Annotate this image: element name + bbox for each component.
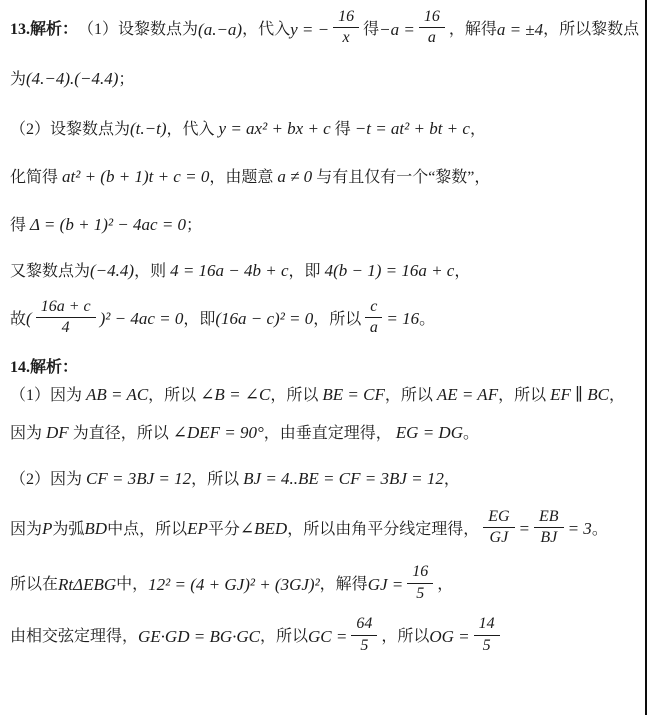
cjk-text: 所以在 [10,576,58,594]
math-expr: = 16 [386,310,419,329]
cjk-text: ，由垂直定理得， [264,425,396,442]
numerator: 14 [474,615,500,635]
math-expr: = [519,520,530,539]
denominator: 5 [416,584,424,603]
denominator: BJ [540,528,557,547]
math-expr: DF [46,423,69,442]
numerator: EG [483,508,514,528]
cjk-text: ，所以 [270,387,322,404]
math-expr: ∠B = ∠C [200,385,270,404]
math-expr: GC = [308,628,347,647]
cjk-text: 为 [10,71,26,88]
denominator: 5 [483,636,491,655]
cjk-text: （1）设黎数点为 [78,21,198,39]
math-expr: a = ±4 [497,21,543,40]
cjk-text: ，代入 [167,121,219,138]
math-expr: AE = AF [437,385,498,404]
math-expr: GJ = [368,576,404,595]
cjk-text: 得 [10,217,30,234]
math-expr: (a.−a) [198,21,242,40]
cjk-text: ，所以由角平分线定理得， [287,521,479,539]
math-expr: OG = [429,628,469,647]
math-expr: (4.−4).(−4.4) [26,69,118,88]
scan-artifact-vertical-line [645,0,647,715]
math-expr: BD [84,520,107,539]
numerator: 64 [351,615,377,635]
cjk-text: ，所以 [498,387,550,404]
solution-line-13-2: 为(4.−4).(−4.4)； [10,66,648,92]
math-expr: (−4.4) [90,261,134,280]
problem-14-label: 14.解析： [10,359,78,376]
cjk-text: 故 [10,311,26,329]
math-expr: EF ∥ BC [550,385,609,404]
fraction: 165 [407,563,433,603]
numerator: 16 [333,8,359,28]
cjk-text: ，所以 [260,628,308,646]
math-expr: −t = at² + bt + c [355,119,470,138]
math-expr: = 3 [568,520,592,539]
fraction: ca [365,298,382,338]
math-expr: a ≠ 0 [277,167,312,186]
fraction: 645 [351,615,377,655]
cjk-text: ，所以 [381,628,429,646]
math-expr: EG = DG [396,423,463,442]
cjk-text: 平分 [208,521,240,539]
math-expr: CF = 3BJ = 12 [86,469,191,488]
cjk-text: ，代入 [242,21,290,39]
math-expr: RtΔEBG [58,576,116,595]
cjk-text: 。 [592,521,608,539]
math-expr: y = ax² + bx + c [219,119,331,138]
numerator: 16a + c [36,298,96,318]
cjk-text: ，所以 [313,311,361,329]
math-expr: Δ = (b + 1)² − 4ac = 0 [30,215,186,234]
solution-line-13-6: 又黎数点为(−4.4)，则 4 = 16a − 4b + c，即 4(b − 1… [10,258,648,284]
math-expr: (16a − c)² = 0 [215,310,313,329]
fraction: EGGJ [483,508,514,548]
cjk-text: 由相交弦定理得， [10,628,138,646]
solution-line-14-4: 因为 P 为弧 BD 中点，所以 EP 平分 ∠BED，所以由角平分线定理得， … [10,510,648,550]
math-expr: y = − [290,21,329,40]
cjk-text: ，则 [134,263,170,280]
solution-line-14-6: 由相交弦定理得， GE·GD = BG·GC，所以 GC =645，所以 OG … [10,617,648,657]
cjk-text: （2）因为 [10,471,86,488]
cjk-text: ，所以 [191,471,243,488]
cjk-text: 得 [331,121,355,138]
numerator: 16 [419,8,445,28]
cjk-text: 因为 [10,425,46,442]
math-expr: BJ = 4..BE = CF = 3BJ = 12 [243,469,444,488]
numerator: EB [534,508,564,528]
cjk-text: 得 [363,21,379,39]
cjk-text: ； [118,71,134,88]
problem-13-label: 13.解析： [10,21,78,39]
cjk-text: ， [444,471,460,488]
solution-line-13-7: 故 (16a + c4)² − 4ac = 0，即 (16a − c)² = 0… [10,300,648,340]
solution-line-14-2: 因为 DF 为直径，所以 ∠DEF = 90°，由垂直定理得， EG = DG。 [10,420,648,446]
denominator: a [428,28,436,47]
cjk-text: 。 [419,311,435,329]
math-expr: )² − 4ac = 0 [100,310,184,329]
cjk-text: 又黎数点为 [10,263,90,280]
cjk-text: 中， [116,576,148,594]
denominator: GJ [490,528,509,547]
solution-document: 13.解析：（1）设黎数点为(a.−a)，代入 y = −16x 得 −a =1… [0,0,652,657]
numerator: c [365,298,382,318]
fraction: 16a [419,8,445,48]
solution-line-13-1: 13.解析：（1）设黎数点为(a.−a)，代入 y = −16x 得 −a =1… [10,10,648,50]
math-expr: 4(b − 1) = 16a + c [325,261,455,280]
math-expr: EP [187,520,208,539]
denominator: x [343,28,350,47]
cjk-text: ， [454,263,470,280]
cjk-text: （2）设黎数点为 [10,121,130,138]
cjk-text: ，即 [289,263,325,280]
fraction: 145 [474,615,500,655]
denominator: a [370,318,378,337]
cjk-text: 中点，所以 [107,521,187,539]
math-expr: 4 = 16a − 4b + c [170,261,288,280]
solution-line-14-3: （2）因为 CF = 3BJ = 12，所以 BJ = 4..BE = CF =… [10,466,648,492]
cjk-text: ，解得 [449,21,497,39]
solution-line-14-5: 所以在 RtΔEBG 中， 12² = (4 + GJ)² + (3GJ)²，解… [10,565,648,605]
math-expr: ∠DEF = 90° [173,423,264,442]
math-expr: AB = AC [86,385,148,404]
math-expr: ∠BED [240,520,287,539]
math-expr: ( [26,310,32,329]
math-expr: BE = CF [322,385,384,404]
solution-line-14-1: （1）因为 AB = AC，所以 ∠B = ∠C，所以 BE = CF，所以 A… [10,382,648,408]
cjk-text: ，所以黎数点 [543,21,639,39]
cjk-text: ， [470,121,486,138]
solution-line-13-5: 得 Δ = (b + 1)² − 4ac = 0； [10,212,648,238]
cjk-text: 为直径，所以 [69,425,173,442]
fraction: 16a + c4 [36,298,96,338]
cjk-text: 化简得 [10,169,62,186]
cjk-text: ； [186,217,202,234]
math-expr: GE·GD = BG·GC [138,628,260,647]
math-expr: (t.−t) [130,119,167,138]
math-expr: P [42,520,52,539]
solution-line-13-3: （2）设黎数点为(t.−t)，代入 y = ax² + bx + c 得 −t … [10,116,648,142]
solution-line-13-4: 化简得 at² + (b + 1)t + c = 0，由题意 a ≠ 0 与有且… [10,164,648,190]
cjk-text: ， [609,387,625,404]
denominator: 5 [360,636,368,655]
cjk-text: （1）因为 [10,387,86,404]
solution-line-14-label: 14.解析： [10,356,648,380]
math-expr: 12² = (4 + GJ)² + (3GJ)² [148,576,320,595]
cjk-text: ， [437,576,453,594]
cjk-text: ，解得 [320,576,368,594]
fraction: 16x [333,8,359,48]
fraction: EBBJ [534,508,564,548]
numerator: 16 [407,563,433,583]
denominator: 4 [62,318,70,337]
cjk-text: ，所以 [385,387,437,404]
cjk-text: ，所以 [148,387,200,404]
cjk-text: 为弧 [52,521,84,539]
cjk-text: 与有且仅有一个“黎数”， [312,169,490,186]
cjk-text: 因为 [10,521,42,539]
cjk-text: ，由题意 [209,169,277,186]
cjk-text: 。 [463,425,479,442]
math-expr: at² + (b + 1)t + c = 0 [62,167,209,186]
cjk-text: ，即 [183,311,215,329]
math-expr: −a = [379,21,415,40]
